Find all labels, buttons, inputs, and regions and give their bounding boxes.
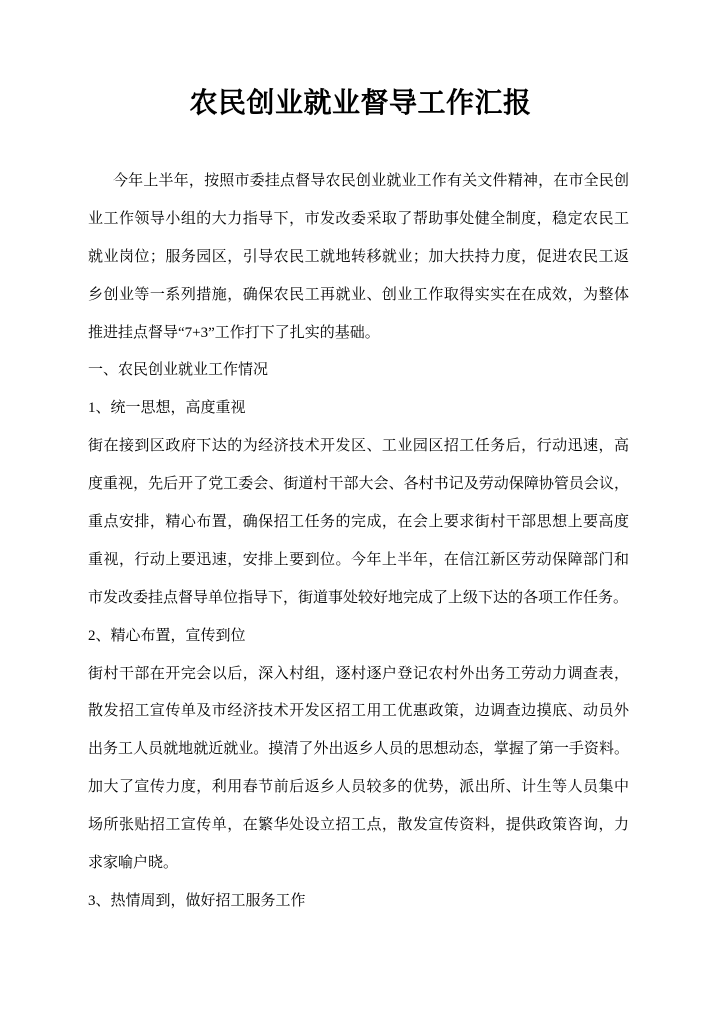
section-heading: 3、热情周到，做好招工服务工作: [88, 883, 629, 921]
text-line: 重视，行动上要迅速，安排上要到位。今年上半年，在信江新区劳动保障部门和: [88, 542, 629, 580]
text-line: 街在接到区政府下达的为经济技术开发区、工业园区招工任务后，行动迅速，高: [88, 428, 629, 466]
body-paragraph: 街村干部在开完会以后，深入村组，逐村逐户登记农村外出务工劳动力调查表，散发招工宣…: [88, 656, 629, 883]
text-line: 街村干部在开完会以后，深入村组，逐村逐户登记农村外出务工劳动力调查表，: [88, 656, 629, 694]
text-line: 度重视，先后开了党工委会、街道村干部大会、各村书记及劳动保障协管员会议，: [88, 466, 629, 504]
text-line: 重点安排，精心布置，确保招工任务的完成，在会上要求街村干部思想上要高度: [88, 504, 629, 542]
text-line: 乡创业等一系列措施，确保农民工再就业、创业工作取得实实在在成效，为整体: [88, 277, 629, 315]
text-line: 求家喻户晓。: [88, 845, 629, 883]
text-line: 3、热情周到，做好招工服务工作: [88, 883, 629, 921]
text-line: 一、农民创业就业工作情况: [88, 352, 629, 390]
text-line: 推进挂点督导“7+3”工作打下了扎实的基础。: [88, 315, 629, 353]
text-line: 就业岗位；服务园区，引导农民工就地转移就业；加大扶持力度，促进农民工返: [88, 239, 629, 277]
text-line: 2、精心布置，宣传到位: [88, 618, 629, 656]
document-page: 农民创业就业督导工作汇报 今年上半年，按照市委挂点督导农民创业就业工作有关文件精…: [0, 0, 721, 1020]
text-line: 出务工人员就地就近就业。摸清了外出返乡人员的思想动态，掌握了第一手资料。: [88, 731, 629, 769]
body-paragraph: 街在接到区政府下达的为经济技术开发区、工业园区招工任务后，行动迅速，高度重视，先…: [88, 428, 629, 617]
text-line: 加大了宣传力度，利用春节前后返乡人员较多的优势，派出所、计生等人员集中: [88, 769, 629, 807]
text-line: 今年上半年，按照市委挂点督导农民创业就业工作有关文件精神，在市全民创: [88, 163, 629, 201]
body-paragraph: 今年上半年，按照市委挂点督导农民创业就业工作有关文件精神，在市全民创业工作领导小…: [88, 163, 629, 352]
text-line: 散发招工宣传单及市经济技术开发区招工用工优惠政策，边调查边摸底、动员外: [88, 693, 629, 731]
text-line: 市发改委挂点督导单位指导下，街道事处较好地完成了上级下达的各项工作任务。: [88, 580, 629, 618]
text-line: 1、统一思想，高度重视: [88, 390, 629, 428]
section-heading: 一、农民创业就业工作情况: [88, 352, 629, 390]
section-heading: 2、精心布置，宣传到位: [88, 618, 629, 656]
text-line: 场所张贴招工宣传单，在繁华处设立招工点，散发宣传资料，提供政策咨询，力: [88, 807, 629, 845]
document-body: 今年上半年，按照市委挂点督导农民创业就业工作有关文件精神，在市全民创业工作领导小…: [88, 163, 629, 921]
section-heading: 1、统一思想，高度重视: [88, 390, 629, 428]
document-title: 农民创业就业督导工作汇报: [0, 0, 721, 125]
text-line: 业工作领导小组的大力指导下，市发改委采取了帮助事处健全制度，稳定农民工: [88, 201, 629, 239]
